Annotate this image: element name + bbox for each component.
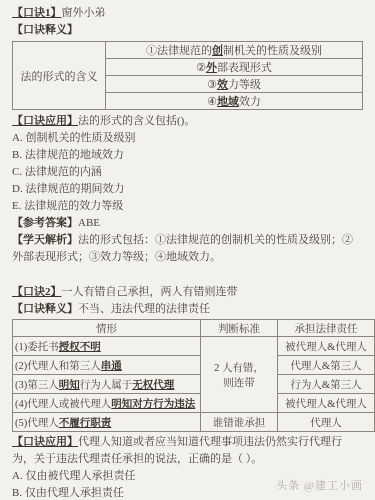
cell-text: ④ (207, 96, 217, 108)
law-form-table-left-header: 法的形式的含义 (13, 42, 106, 110)
law-form-table: 法的形式的含义 ①法律规范的创制机关的性质及级别 ②外部表现形式 ③效力等级 ④… (12, 41, 363, 110)
option-c: C. 法律规范的内涵 (12, 164, 363, 181)
criterion-cell: 谁错谁承担 (201, 413, 278, 432)
shiyi-1-line: 【口诀释义】 (12, 22, 363, 39)
shiyi-2-text: 不当、违法代理的法律责任 (78, 303, 210, 315)
header-liability: 承担法律责任 (278, 320, 375, 337)
cell-text: ③ (207, 79, 217, 91)
law-form-table-cell: ②外部表现形式 (106, 59, 363, 76)
shiyi-1-label: 【口诀释义】 (12, 24, 78, 36)
option-e: E. 法律规范的效力等级 (12, 198, 363, 215)
liability-cell: 代理人&第三人 (278, 356, 375, 375)
law-form-table-cell: ④地域效力 (106, 93, 363, 110)
law-form-table-cell: ③效力等级 (106, 76, 363, 93)
mnemonic-2-label: 【口诀2】 (12, 286, 62, 298)
situation-cell: (5)代理人不履行职责 (13, 413, 201, 432)
cell-text: 力等级 (228, 79, 261, 91)
table-row: (3)第三人明知行为人属于无权代理 行为人&第三人 (13, 375, 375, 394)
apply-1-label: 【口诀应用】 (12, 115, 78, 127)
law-form-table-cell: ①法律规范的创制机关的性质及级别 (106, 42, 363, 59)
watermark: 头条 @建工小画 (276, 477, 363, 493)
liability-cell: 代理人 (278, 413, 375, 432)
table-row: (1)委托书授权不明 2 人有错， 则连带 被代理人&代理人 (13, 337, 375, 356)
cell-text: (4)代理人或被代理人 (15, 399, 111, 410)
liability-cell: 被代理人&代理人 (278, 337, 375, 356)
situation-cell: (2)代理人和第三人串通 (13, 356, 201, 375)
cell-text: ② (196, 62, 206, 74)
cell-emphasis: 明知对方行为违法 (111, 399, 195, 410)
table-header-row: 情形 判断标准 承担法律责任 (13, 320, 375, 337)
table-row: (2)代理人和第三人串通 代理人&第三人 (13, 356, 375, 375)
cell-text: 部表现形式 (217, 62, 272, 74)
analysis-label: 【学天解析】 (12, 234, 78, 246)
mnemonic-1-line: 【口诀1】窗外小弟 (12, 5, 363, 22)
apply-2-label: 【口诀应用】 (12, 436, 78, 448)
cell-emphasis: 外 (206, 62, 217, 74)
agency-liability-table: 情形 判断标准 承担法律责任 (1)委托书授权不明 2 人有错， 则连带 被代理… (12, 319, 375, 432)
situation-cell: (3)第三人明知行为人属于无权代理 (13, 375, 201, 394)
cell-emphasis: 授权不明 (59, 342, 101, 353)
liability-cell: 行为人&第三人 (278, 375, 375, 394)
cell-emphasis: 无权代理 (132, 380, 174, 391)
apply-2-line: 【口诀应用】代理人知道或者应当知道代理事项违法仍然实行代理行为，关于违法代理责任… (12, 434, 363, 468)
shiyi-2-line: 【口诀释义】不当、违法代理的法律责任 (12, 301, 363, 318)
mnemonic-2-text: 一人有错自己承担，两人有错则连带 (62, 286, 238, 298)
shiyi-2-label: 【口诀释义】 (12, 303, 78, 315)
merged-criterion-cell: 2 人有错， 则连带 (201, 337, 278, 413)
cell-text: (5)代理人 (15, 418, 59, 429)
analysis-line: 【学天解析】法的形式包括：①法律规范的创制机关的性质及级别；②外部表现形式；③效… (12, 232, 363, 266)
table-row: (5)代理人不履行职责 谁错谁承担 代理人 (13, 413, 375, 432)
situation-cell: (4)代理人或被代理人明知对方行为违法 (13, 394, 201, 413)
cell-emphasis: 不履行职责 (59, 418, 112, 429)
answer-line: 【参考答案】ABE (12, 215, 363, 232)
cell-text: 效力 (239, 96, 261, 108)
cell-emphasis: 明知 (59, 380, 80, 391)
apply-1-line: 【口诀应用】法的形式的含义包括()。 (12, 113, 363, 130)
cell-text: (1)委托书 (15, 342, 59, 353)
cell-text: 制机关的性质及级别 (223, 45, 322, 57)
header-criterion: 判断标准 (201, 320, 278, 337)
cell-emphasis: 串通 (101, 361, 122, 372)
answer-text: ABE (78, 217, 100, 229)
mnemonic-1-text: 窗外小弟 (62, 7, 106, 19)
mnemonic-2-line: 【口诀2】一人有错自己承担，两人有错则连带 (12, 284, 363, 301)
situation-cell: (1)委托书授权不明 (13, 337, 201, 356)
cell-emphasis: 创 (212, 45, 223, 57)
option-a: A. 创制机关的性质及级别 (12, 130, 363, 147)
header-situation: 情形 (13, 320, 201, 337)
cell-text: (2)代理人和第三人 (15, 361, 101, 372)
question-1-text: 法的形式的含义包括()。 (78, 115, 195, 127)
cell-text: ①法律规范的 (146, 45, 212, 57)
option-d: D. 法律规范的期间效力 (12, 181, 363, 198)
liability-cell: 被代理人&代理人 (278, 394, 375, 413)
table-row: 法的形式的含义 ①法律规范的创制机关的性质及级别 (13, 42, 363, 59)
table-row: (4)代理人或被代理人明知对方行为违法 被代理人&代理人 (13, 394, 375, 413)
document-page: 【口诀1】窗外小弟 【口诀释义】 法的形式的含义 ①法律规范的创制机关的性质及级… (0, 0, 375, 500)
criterion-line: 则连带 (203, 375, 275, 390)
answer-label: 【参考答案】 (12, 217, 78, 229)
criterion-line: 2 人有错， (203, 360, 275, 375)
mnemonic-1-label: 【口诀1】 (12, 7, 62, 19)
cell-emphasis: 地域 (217, 96, 239, 108)
cell-emphasis: 效 (217, 79, 228, 91)
option-b: B. 法律规范的地域效力 (12, 147, 363, 164)
cell-text: 行为人属于 (80, 380, 133, 391)
cell-text: (3)第三人 (15, 380, 59, 391)
